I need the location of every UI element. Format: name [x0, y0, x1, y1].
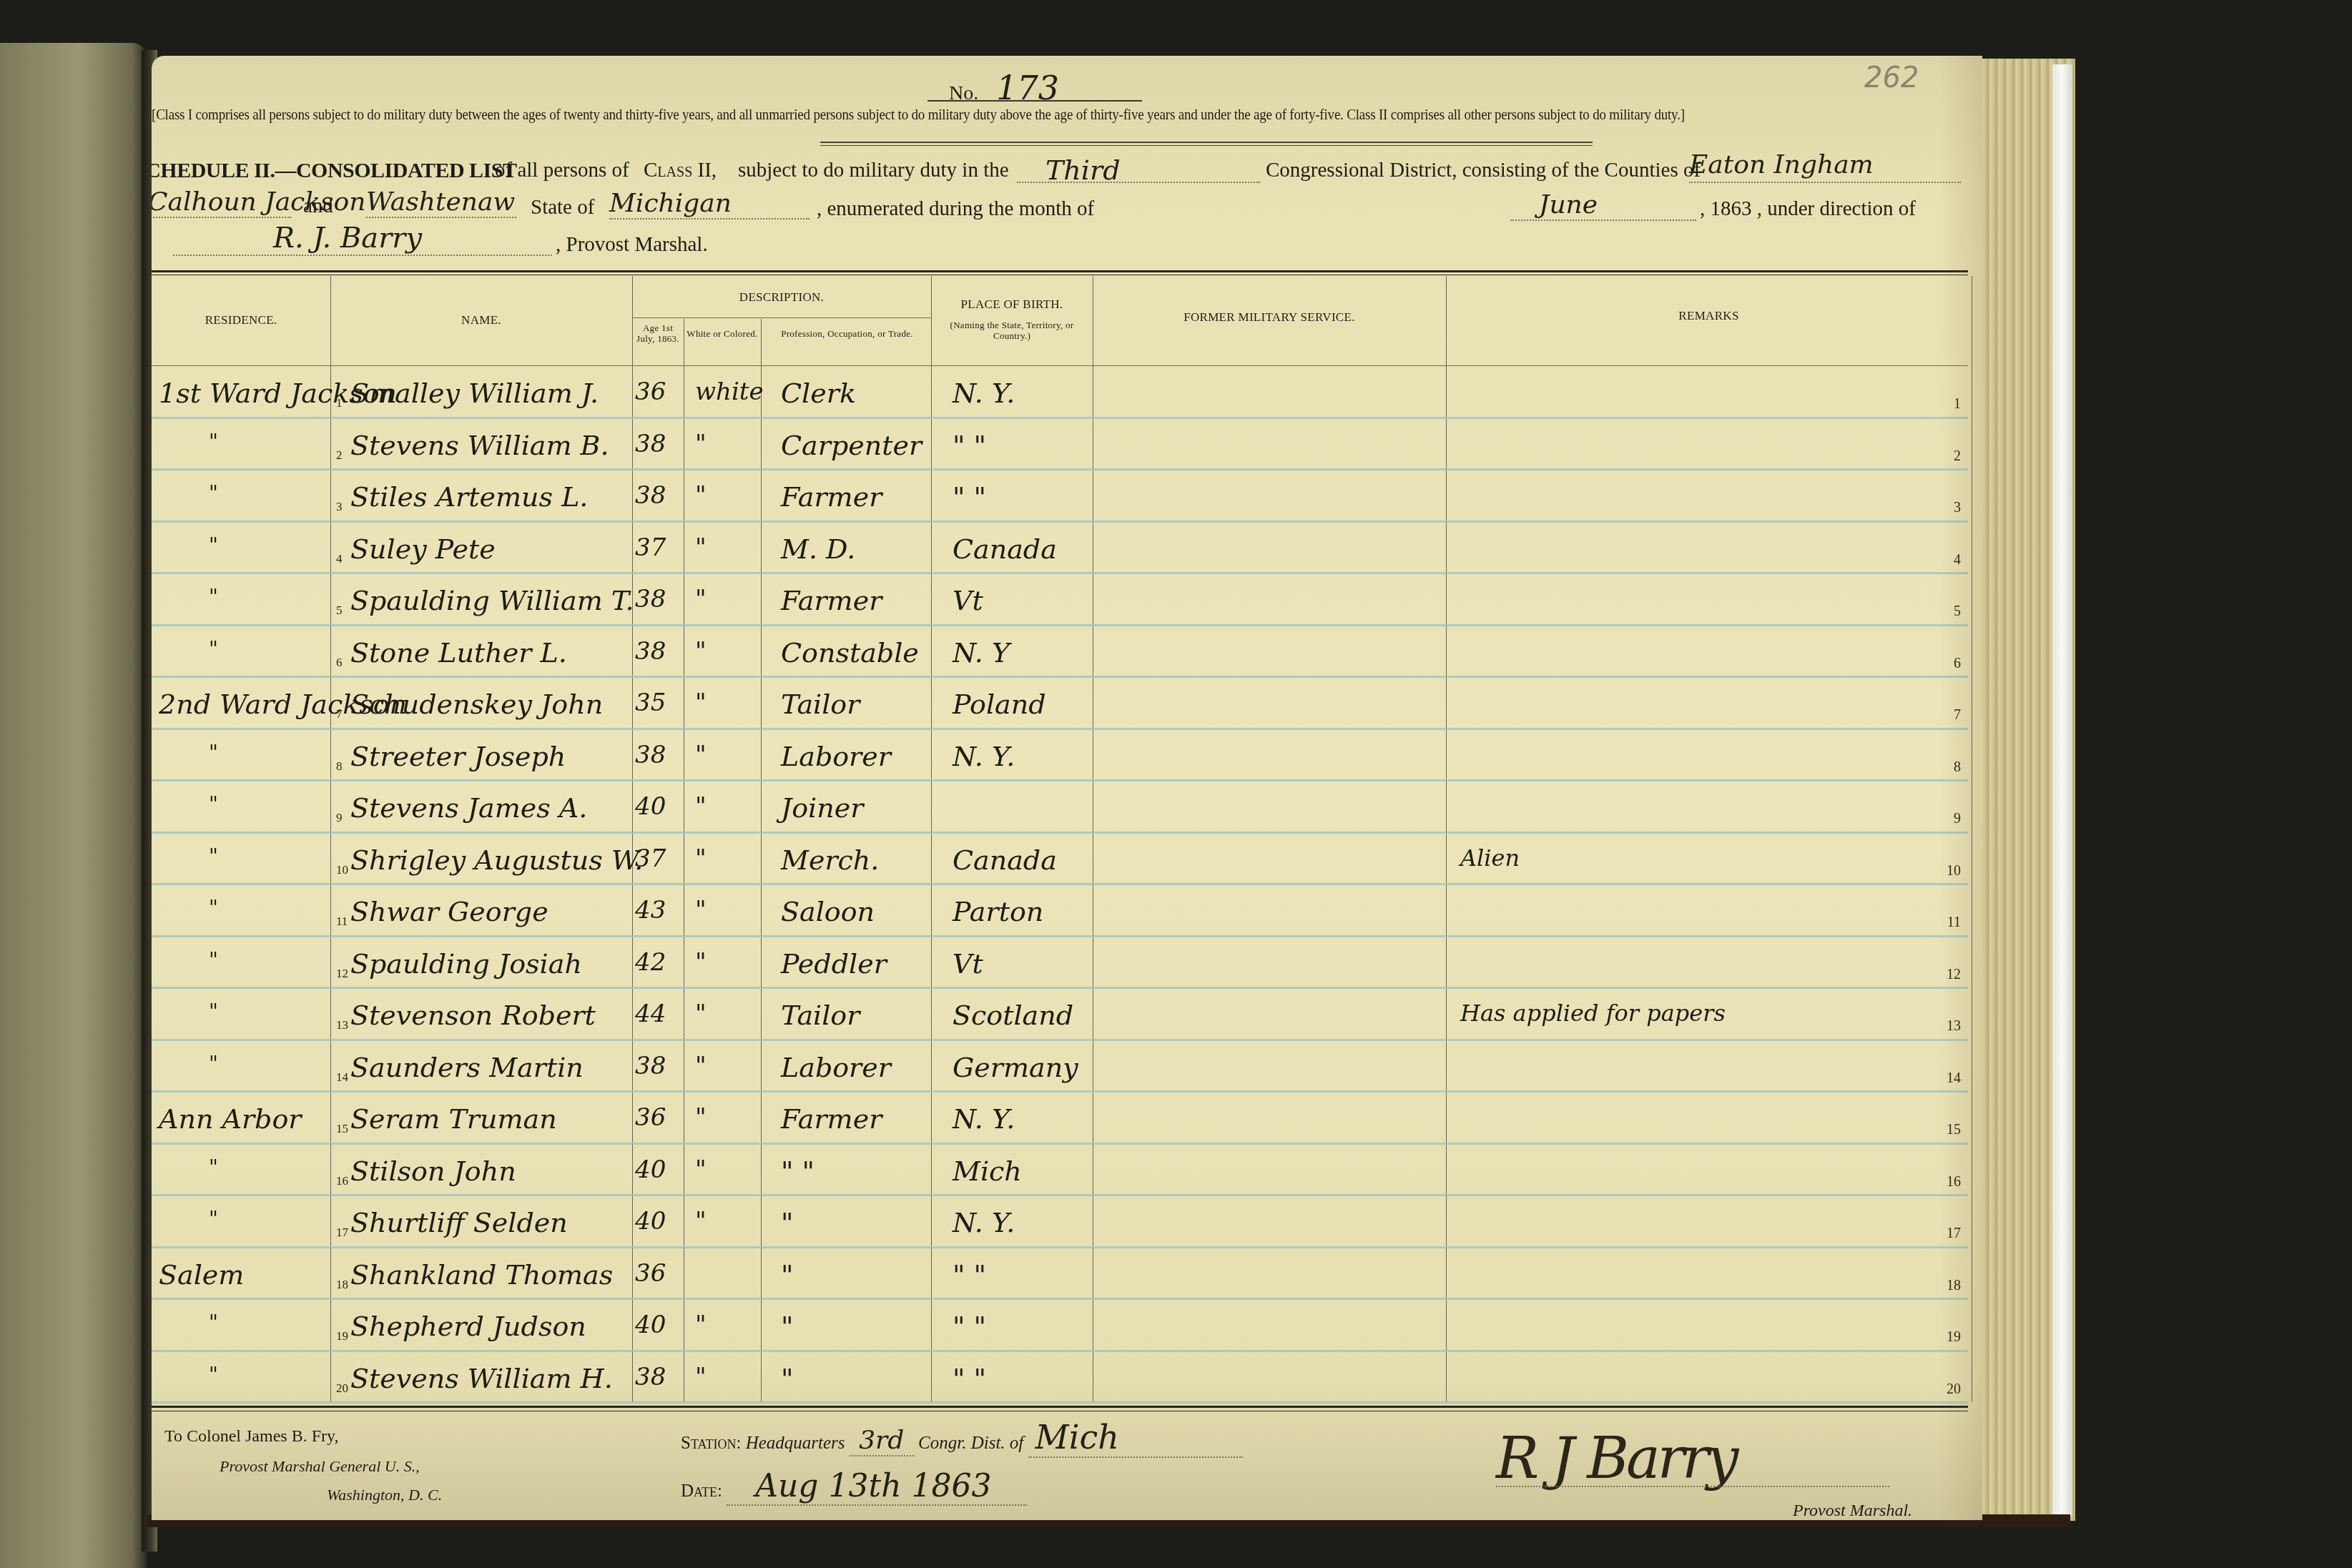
- row-number-left: 10: [336, 863, 348, 877]
- table-row: 9"Stevens James A.40"Joiner9: [152, 782, 1968, 834]
- cell-place-of-birth: " ": [953, 430, 986, 461]
- cell-name: Spaulding Josiah: [350, 948, 582, 980]
- cell-age: 38: [635, 481, 666, 510]
- district-value: Third: [1045, 154, 1120, 186]
- cell-place-of-birth: Mich: [953, 1155, 1022, 1187]
- row-number-left: 15: [336, 1122, 348, 1136]
- cell-place-of-birth: N. Y.: [953, 1207, 1015, 1238]
- ruled-line: [152, 572, 1968, 574]
- cell-residence: ": [209, 844, 218, 868]
- cell-profession: Constable: [781, 637, 919, 669]
- column-header-white-or-colored: White or Colored.: [684, 329, 761, 340]
- table-row: 4"Suley Pete37"M. D.Canada4: [152, 523, 1968, 576]
- cell-profession: Clerk: [781, 378, 856, 409]
- ruled-line: [152, 624, 1968, 626]
- column-header-remarks: REMARKS: [1446, 309, 1972, 323]
- cell-age: 44: [635, 1000, 666, 1028]
- cell-name: Shepherd Judson: [350, 1311, 586, 1342]
- cell-white-or-colored: ": [695, 1000, 707, 1028]
- cell-place-of-birth: Parton: [953, 896, 1043, 927]
- cell-white-or-colored: ": [695, 1103, 707, 1132]
- cell-residence: 1st Ward Jackson: [159, 378, 330, 409]
- headquarters-label: Headquarters: [746, 1434, 845, 1453]
- congr-dist-label: Congr. Dist. of: [918, 1434, 1023, 1453]
- date-line: Date: Aug 13th 1863: [681, 1468, 1027, 1506]
- column-header-name: NAME.: [330, 313, 632, 327]
- cell-place-of-birth: N. Y.: [953, 741, 1015, 772]
- subject-text: subject to do military duty in the: [738, 159, 1009, 182]
- station-label: Station:: [681, 1434, 741, 1453]
- class-definition-note: [Class I comprises all persons subject t…: [152, 106, 1954, 124]
- cell-profession: Saloon: [781, 896, 875, 927]
- cell-residence: ": [209, 948, 218, 972]
- date-label: Date:: [681, 1481, 722, 1501]
- table-row: 17"Shurtliff Selden40""N. Y.17: [152, 1197, 1968, 1249]
- cell-residence: ": [209, 585, 218, 608]
- table-row: 10"Shrigley Augustus W.37"Merch.CanadaAl…: [152, 834, 1968, 887]
- cell-residence: ": [209, 1155, 218, 1179]
- ruled-line: [152, 832, 1968, 834]
- column-header-profession: Profession, Occupation, or Trade.: [767, 329, 927, 340]
- cell-place-of-birth: Germany: [953, 1052, 1078, 1083]
- row-number-right: 9: [1932, 811, 1961, 827]
- row-number-left: 18: [336, 1278, 348, 1292]
- folio-number: 262: [1864, 61, 1919, 94]
- row-number-right: 13: [1932, 1018, 1961, 1035]
- cell-profession: " ": [781, 1155, 815, 1187]
- cell-profession: Tailor: [781, 1000, 860, 1031]
- cell-age: 35: [635, 689, 666, 717]
- class-label: Class II,: [644, 159, 717, 182]
- row-number-left: 14: [336, 1070, 348, 1085]
- col-divider: [1972, 276, 1972, 1402]
- table-row: 8"Streeter Joseph38"LaborerN. Y.8: [152, 731, 1968, 783]
- ruled-line: [152, 1143, 1968, 1145]
- cell-place-of-birth: N. Y.: [953, 378, 1015, 409]
- marshal-signature: R J Barry: [1496, 1425, 1736, 1491]
- station-line: Station: Headquarters 3rd Congr. Dist. o…: [681, 1418, 1243, 1458]
- cell-age: 38: [635, 741, 666, 769]
- cell-name: Stevens William H.: [350, 1363, 613, 1394]
- addressee: To Colonel James B. Fry,: [164, 1427, 338, 1446]
- state-of-text: State of: [531, 196, 594, 220]
- enumerated-text: , enumerated during the month of: [817, 197, 1094, 221]
- county-last-value: Washtenaw: [366, 187, 516, 218]
- cell-age: 38: [635, 1363, 666, 1391]
- row-number-right: 2: [1932, 448, 1961, 465]
- table-row: 19"Shepherd Judson40""" "19: [152, 1301, 1968, 1353]
- table-row: 14"Saunders Martin38"LaborerGermany14: [152, 1042, 1968, 1094]
- cell-age: 40: [635, 1311, 666, 1339]
- marshal-name-value: R. J. Barry: [173, 222, 552, 256]
- row-number-left: 6: [336, 656, 343, 670]
- schedule-title: SCHEDULE II.—CONSOLIDATED LIST: [152, 159, 516, 183]
- addressee-location: Washington, D. C.: [327, 1486, 442, 1504]
- ruled-line: [152, 417, 1968, 419]
- cell-age: 40: [635, 1155, 666, 1184]
- row-number-left: 3: [336, 500, 343, 514]
- row-number-left: 17: [336, 1226, 348, 1240]
- cell-white-or-colored: ": [695, 481, 707, 510]
- marshal-line: R. J. Barry , Provost Marshal.: [152, 227, 1982, 270]
- cell-residence: ": [209, 533, 218, 557]
- cell-age: 37: [635, 844, 666, 873]
- cell-name: Shrigley Augustus W.: [350, 844, 632, 876]
- row-number-right: 12: [1932, 967, 1961, 983]
- cell-name: Schudenskey John: [350, 689, 603, 720]
- cell-place-of-birth: Scotland: [953, 1000, 1073, 1031]
- cell-remarks: Alien: [1460, 844, 1520, 872]
- table-row: 18SalemShankland Thomas36"" "18: [152, 1249, 1968, 1301]
- ruled-line: [152, 1039, 1968, 1041]
- row-number-left: 2: [336, 448, 343, 463]
- cell-name: Stiles Artemus L.: [350, 481, 588, 513]
- page-number-rule: [927, 100, 1142, 102]
- cell-place-of-birth: " ": [953, 1311, 986, 1342]
- row-number-right: 6: [1932, 656, 1961, 672]
- row-number-right: 20: [1932, 1381, 1961, 1398]
- of-all-persons-text: of all persons of: [495, 159, 629, 182]
- cell-place-of-birth: N. Y.: [953, 1103, 1015, 1135]
- cell-profession: Tailor: [781, 689, 860, 720]
- column-header-residence: RESIDENCE.: [152, 313, 330, 327]
- addressee-title: Provost Marshal General U. S.,: [220, 1457, 420, 1476]
- cell-profession: Laborer: [781, 741, 891, 772]
- cell-residence: ": [209, 481, 218, 505]
- cell-white-or-colored: ": [695, 741, 707, 769]
- row-number-left: 20: [336, 1381, 348, 1396]
- cell-residence: ": [209, 637, 218, 661]
- cell-profession: Farmer: [781, 481, 882, 513]
- cell-white-or-colored: ": [695, 1052, 707, 1080]
- table-row: 11"Shwar George43"SaloonParton11: [152, 886, 1968, 938]
- row-number-right: 7: [1932, 707, 1961, 724]
- table-row: 13"Stevenson Robert44"TailorScotlandHas …: [152, 990, 1968, 1042]
- row-number-right: 15: [1932, 1122, 1961, 1138]
- cell-place-of-birth: Poland: [953, 689, 1046, 720]
- cell-profession: ": [781, 1311, 793, 1342]
- cell-age: 40: [635, 1207, 666, 1236]
- cell-residence: ": [209, 1363, 218, 1386]
- cell-white-or-colored: ": [695, 1311, 707, 1339]
- cell-white-or-colored: white: [695, 378, 759, 406]
- cell-age: 36: [635, 378, 666, 406]
- ruled-line: [152, 1350, 1968, 1352]
- cell-profession: Farmer: [781, 1103, 882, 1135]
- counties-value-1: Eaton Ingham: [1689, 150, 1874, 179]
- row-number-left: 12: [336, 967, 348, 981]
- cell-age: 40: [635, 792, 666, 821]
- description-subrule: [632, 317, 931, 318]
- cell-name: Smalley William J.: [350, 378, 599, 409]
- column-header-description: DESCRIPTION.: [632, 290, 931, 305]
- year-text: , 1863 , under direction of: [1700, 197, 1916, 221]
- row-number-left: 16: [336, 1174, 348, 1188]
- column-header-place-of-birth: PLACE OF BIRTH.: [931, 297, 1093, 312]
- row-number-right: 1: [1932, 396, 1961, 413]
- cell-name: Stilson John: [350, 1155, 516, 1187]
- cell-name: Seram Truman: [350, 1103, 557, 1135]
- row-number-right: 10: [1932, 863, 1961, 879]
- cell-name: Stevenson Robert: [350, 1000, 596, 1031]
- cell-age: 43: [635, 896, 666, 924]
- cell-age: 38: [635, 1052, 666, 1080]
- cell-white-or-colored: ": [695, 1207, 707, 1236]
- table-row: 6"Stone Luther L.38"ConstableN. Y6: [152, 627, 1968, 679]
- cell-name: Streeter Joseph: [350, 741, 566, 772]
- book-edge-highlight: [2052, 64, 2072, 1516]
- district-field: Third: [1017, 154, 1260, 183]
- signature-line: [1496, 1486, 1889, 1487]
- cell-residence: ": [209, 896, 218, 919]
- cell-place-of-birth: Vt: [953, 948, 983, 980]
- cell-age: 36: [635, 1103, 666, 1132]
- cell-age: 42: [635, 948, 666, 977]
- row-number-right: 19: [1932, 1329, 1961, 1346]
- row-number-left: 9: [336, 811, 343, 825]
- cell-profession: Farmer: [781, 585, 882, 616]
- provost-marshal-text: , Provost Marshal.: [556, 233, 708, 257]
- row-number-left: 13: [336, 1018, 348, 1032]
- cell-residence: ": [209, 1207, 218, 1231]
- table-row: 12"Spaulding Josiah42"PeddlerVt12: [152, 938, 1968, 990]
- cell-remarks: Has applied for papers: [1460, 1000, 1726, 1027]
- column-header-place-of-birth-note: (Naming the State, Territory, or Country…: [934, 320, 1090, 342]
- cell-white-or-colored: ": [695, 844, 707, 873]
- cell-profession: Merch.: [781, 844, 879, 876]
- cell-profession: Joiner: [781, 792, 863, 824]
- cell-residence: Ann Arbor: [159, 1103, 301, 1135]
- cell-profession: Laborer: [781, 1052, 891, 1083]
- ruled-line: [152, 1298, 1968, 1300]
- cell-white-or-colored: ": [695, 430, 707, 458]
- column-header-former-military-service: FORMER MILITARY SERVICE.: [1093, 310, 1446, 325]
- counties-value-2: Calhoun Jackson: [152, 187, 291, 218]
- cell-name: Spaulding William T.: [350, 585, 632, 616]
- cell-place-of-birth: " ": [953, 1259, 986, 1291]
- row-number-left: 5: [336, 603, 343, 618]
- enrollment-table: RESIDENCE. NAME. DESCRIPTION. Age 1st Ju…: [152, 276, 1968, 1402]
- ruled-line: [152, 468, 1968, 470]
- cell-profession: Peddler: [781, 948, 887, 980]
- cell-white-or-colored: ": [695, 533, 707, 562]
- month-value: June: [1510, 190, 1696, 221]
- table-row: 2"Stevens William B.38"Carpenter" "2: [152, 420, 1968, 472]
- cell-residence: ": [209, 430, 218, 453]
- table-row: 11st Ward JacksonSmalley William J.36whi…: [152, 368, 1968, 420]
- cell-white-or-colored: ": [695, 1155, 707, 1184]
- cell-age: 36: [635, 1259, 666, 1288]
- ruled-line: [152, 1194, 1968, 1196]
- cell-residence: 2nd Ward Jackson: [159, 689, 330, 720]
- table-row: 15Ann ArborSeram Truman36"FarmerN. Y.15: [152, 1093, 1968, 1145]
- cell-profession: ": [781, 1259, 793, 1291]
- cell-profession: ": [781, 1363, 793, 1394]
- cell-residence: ": [209, 1311, 218, 1334]
- provost-marshal-label: Provost Marshal.: [1793, 1502, 1912, 1520]
- ruled-line: [152, 883, 1968, 885]
- ruled-line: [152, 728, 1968, 730]
- row-number-left: 11: [336, 914, 348, 929]
- row-number-right: 4: [1932, 552, 1961, 568]
- cell-white-or-colored: ": [695, 792, 707, 821]
- ruled-line: [152, 935, 1968, 937]
- station-state-value: Mich: [1028, 1418, 1243, 1458]
- ledger-page: No. 173 262 [Class I comprises all perso…: [152, 56, 1982, 1520]
- cell-place-of-birth: " ": [953, 1363, 986, 1394]
- row-number-left: 19: [336, 1329, 348, 1343]
- and-text: and: [303, 194, 333, 218]
- counties-field: Eaton Ingham: [1689, 150, 1961, 183]
- row-number-left: 8: [336, 759, 343, 774]
- row-number-right: 16: [1932, 1174, 1961, 1190]
- cell-white-or-colored: ": [695, 689, 707, 717]
- cell-place-of-birth: Canada: [953, 533, 1057, 565]
- cell-profession: M. D.: [781, 533, 855, 565]
- cell-residence: Salem: [159, 1259, 244, 1291]
- cell-profession: ": [781, 1207, 793, 1238]
- station-district-value: 3rd: [850, 1426, 914, 1456]
- cell-name: Shankland Thomas: [350, 1259, 613, 1291]
- cell-name: Suley Pete: [350, 533, 496, 565]
- cell-white-or-colored: ": [695, 896, 707, 924]
- cell-place-of-birth: " ": [953, 481, 986, 513]
- ruled-line: [152, 1246, 1968, 1248]
- cell-profession: Carpenter: [781, 430, 922, 461]
- cell-residence: ": [209, 1000, 218, 1023]
- column-header-age: Age 1st July, 1863.: [635, 323, 681, 345]
- row-number-right: 8: [1932, 759, 1961, 776]
- cell-age: 37: [635, 533, 666, 562]
- table-row: 3"Stiles Artemus L.38"Farmer" "3: [152, 471, 1968, 523]
- ruled-line: [152, 779, 1968, 781]
- ruled-line: [152, 676, 1968, 678]
- cell-residence: ": [209, 741, 218, 764]
- cell-place-of-birth: N. Y: [953, 637, 1010, 669]
- footer-rule: [152, 1406, 1968, 1411]
- cell-name: Stevens James A.: [350, 792, 587, 824]
- cell-residence: ": [209, 792, 218, 816]
- left-page: [0, 43, 147, 1568]
- cell-white-or-colored: ": [695, 948, 707, 977]
- ruled-line: [152, 1401, 1968, 1404]
- table-row: 16"Stilson John40"" "Mich16: [152, 1145, 1968, 1198]
- ruled-line: [152, 987, 1968, 989]
- table-row: 72nd Ward JacksonSchudenskey John35"Tail…: [152, 679, 1968, 731]
- row-number-right: 11: [1932, 914, 1961, 931]
- column-header-rule: [152, 365, 1968, 366]
- cell-white-or-colored: ": [695, 585, 707, 613]
- cell-name: Shurtliff Selden: [350, 1207, 568, 1238]
- ruled-line: [152, 521, 1968, 523]
- header-rule: [152, 270, 1968, 275]
- header-double-rule: [820, 142, 1593, 146]
- congressional-text: Congressional District, consisting of th…: [1266, 159, 1701, 182]
- date-value: Aug 13th 1863: [727, 1468, 1027, 1506]
- cell-age: 38: [635, 637, 666, 666]
- cell-white-or-colored: ": [695, 1363, 707, 1391]
- table-row: 20"Stevens William H.38""" "20: [152, 1353, 1968, 1405]
- cell-name: Stevens William B.: [350, 430, 609, 461]
- row-number-right: 18: [1932, 1278, 1961, 1294]
- cell-name: Stone Luther L.: [350, 637, 567, 669]
- row-number-right: 14: [1932, 1070, 1961, 1087]
- row-number-right: 3: [1932, 500, 1961, 516]
- cell-place-of-birth: Canada: [953, 844, 1057, 876]
- cell-name: Shwar George: [350, 896, 548, 927]
- cell-white-or-colored: ": [695, 637, 707, 666]
- state-value: Michigan: [609, 189, 810, 220]
- row-number-left: 4: [336, 552, 343, 566]
- table-row: 5"Spaulding William T.38"FarmerVt5: [152, 575, 1968, 627]
- cell-place-of-birth: Vt: [953, 585, 983, 616]
- row-number-right: 17: [1932, 1226, 1961, 1242]
- cell-name: Saunders Martin: [350, 1052, 584, 1083]
- cell-residence: ": [209, 1052, 218, 1075]
- row-number-right: 5: [1932, 603, 1961, 620]
- ruled-line: [152, 1090, 1968, 1093]
- cell-age: 38: [635, 585, 666, 613]
- cell-age: 38: [635, 430, 666, 458]
